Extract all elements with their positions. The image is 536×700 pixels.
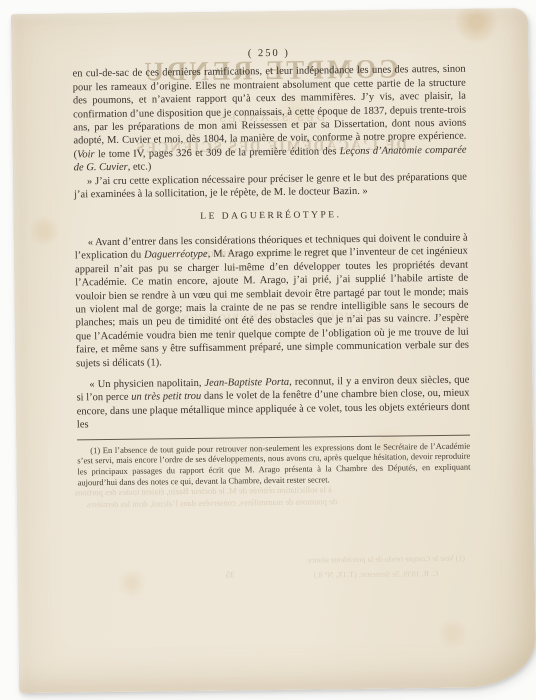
ghost-sheet-signature: 35 bbox=[226, 569, 235, 579]
ghost-footnote-line: (1) Voir le Compte rendu de la précédent… bbox=[306, 554, 466, 565]
footnote: (1) En l’absence de tout guide pour retr… bbox=[77, 440, 471, 488]
ghost-text-line: de poumons de mammifères, conservées dan… bbox=[87, 496, 337, 509]
body-paragraph-continuation: en cul-de-sac de ces dernières ramificat… bbox=[73, 63, 467, 175]
page-number: ( 250 ) bbox=[72, 45, 465, 63]
body-paragraph-arago: « Avant d’entrer dans les considérations… bbox=[75, 231, 470, 370]
section-heading: LE DAGUERRÉOTYPE. bbox=[74, 208, 467, 226]
body-paragraph-quote-close: » J’ai cru cette explication nécessaire … bbox=[74, 170, 467, 202]
scanned-book-page: COMPTE RENDU DES SÉANCES DE L’ACADÉMIE D… bbox=[11, 8, 536, 693]
body-paragraph-porta: « Un physicien napolitain, Jean-Baptiste… bbox=[76, 374, 470, 432]
footnote-rule bbox=[77, 434, 470, 440]
ghost-imprint-line: C. R. 1839, 2e Semestre. (T. IX, N° 8.) bbox=[314, 569, 439, 580]
text-column: ( 250 ) en cul-de-sac de ces dernières r… bbox=[72, 45, 470, 489]
